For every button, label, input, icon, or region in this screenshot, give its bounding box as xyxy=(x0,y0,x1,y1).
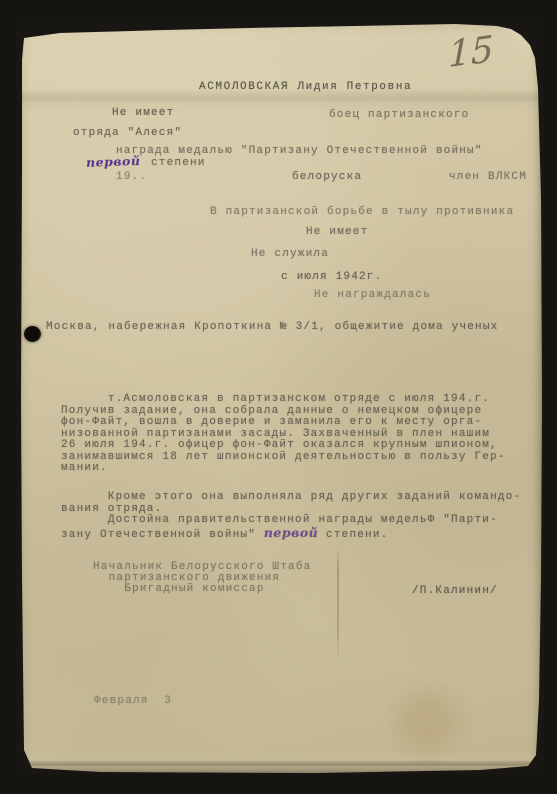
field-address: Москва, набережная Кропоткина № 3/1, общ… xyxy=(46,322,498,334)
field-nationality: белоруска xyxy=(292,172,362,184)
field-role: боец партизанского xyxy=(329,110,469,122)
punch-hole xyxy=(24,326,41,342)
handwritten-degree-word: первой xyxy=(86,153,141,170)
field-participation: В партизанской борьбе в тылу противника xyxy=(210,207,514,219)
field-since-date: с июля 1942г. xyxy=(281,272,382,284)
person-name: АСМОЛОВСКАЯ Лидия Петровна xyxy=(199,82,412,94)
field-status-left: Не имеет xyxy=(112,108,174,120)
field-award-line: награда медалью "Партизану Отечественной… xyxy=(116,146,483,158)
field-has-not: Не имеет xyxy=(306,227,368,239)
field-detachment: отряда "Алеся" xyxy=(73,128,182,140)
conclusion-typed-post: степени. xyxy=(318,529,388,541)
conclusion-paragraph: Достойна правительственной награды медел… xyxy=(61,515,527,541)
handwritten-degree-word-2: первой xyxy=(264,525,318,540)
vertical-crease xyxy=(337,546,339,662)
field-year: 19.. xyxy=(116,172,147,184)
field-not-awarded: Не награждалась xyxy=(314,290,431,302)
field-not-served: Не служила xyxy=(251,249,329,261)
signer-title-block: Начальник Белорусского Штаба партизанско… xyxy=(93,562,311,596)
bottom-crease xyxy=(16,750,544,766)
body-paragraph-1: т.Асмоловская в партизанском отряде с ию… xyxy=(61,394,527,475)
handwritten-page-number: 15 xyxy=(448,29,493,77)
scanned-document-page: 15 АСМОЛОВСКАЯ Лидия Петровна Не имеет б… xyxy=(0,0,557,794)
footer-date: Февраля 3 xyxy=(94,696,172,708)
field-degree-typed: степени xyxy=(151,158,206,170)
field-membership: член ВЛКСМ xyxy=(449,172,527,184)
body-paragraph-2: Кроме этого она выполняла ряд других зад… xyxy=(61,492,527,515)
signatory-name: /П.Калинин/ xyxy=(412,586,498,598)
